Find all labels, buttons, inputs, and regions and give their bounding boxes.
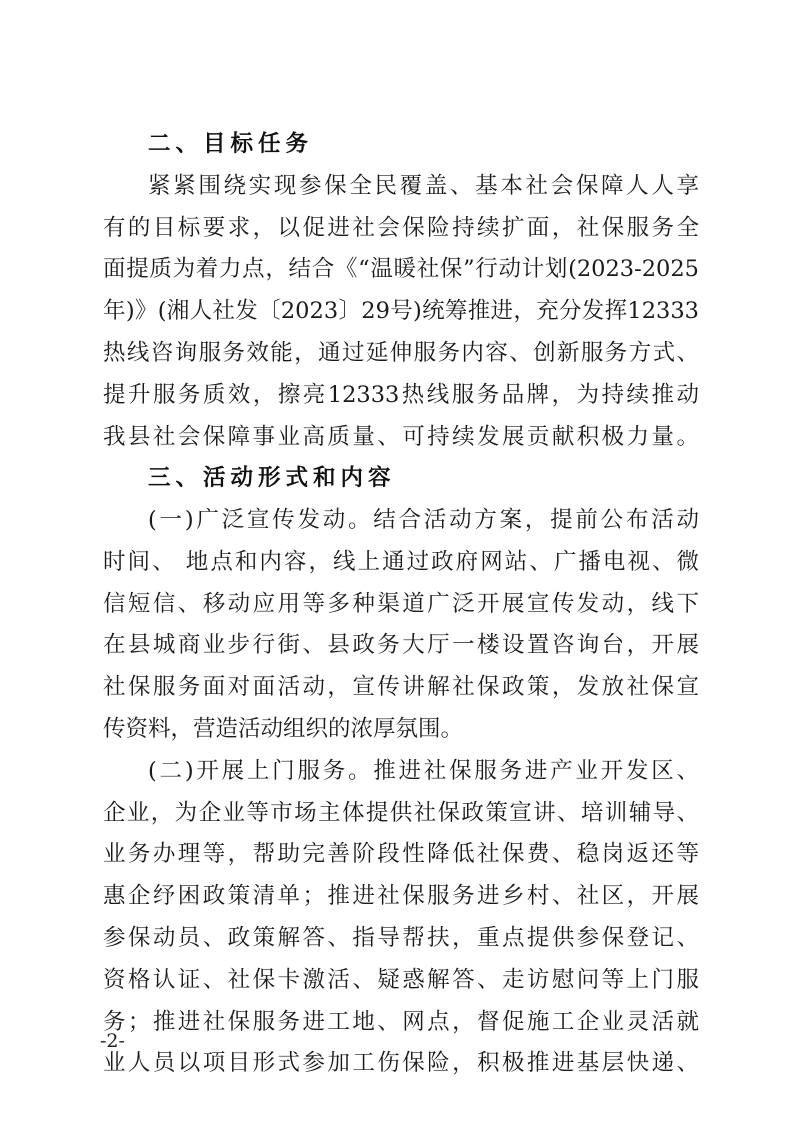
- paragraph-line: 有的目标要求，以促进社会保险持续扩面，社保服务全: [103, 213, 699, 243]
- paragraph-line: 紧紧围绕实现参保全民覆盖、基本社会保障人人享: [148, 171, 699, 201]
- paragraph-line: 我县社会保障事业高质量、可持续发展贡献积极力量。: [103, 422, 699, 452]
- section-heading-activities: 三、活动形式和内容: [148, 463, 396, 493]
- paragraph-line: 在县城商业步行街、县政务大厅一楼设置咨询台，开展: [103, 630, 699, 660]
- section-heading-goals: 二、目标任务: [148, 129, 313, 159]
- paragraph-line: 面提质为着力点，结合《“温暖社保”行动计划(2023-2025: [103, 254, 699, 284]
- paragraph-line: 惠企纾困政策清单；推进社保服务进乡村、社区，开展: [103, 881, 699, 911]
- paragraph-line: 热线咨询服务效能，通过延伸服务内容、创新服务方式、: [103, 338, 699, 368]
- paragraph-line: 提升服务质效，擦亮12333热线服务品牌，为持续推动: [103, 380, 699, 410]
- paragraph-line: 资格认证、社保卡激活、疑惑解答、走访慰问等上门服: [103, 965, 699, 995]
- paragraph-line: 年)》(湘人社发〔2023〕29号)统筹推进，充分发挥12333: [103, 296, 699, 326]
- paragraph-line: 信短信、移动应用等多种渠道广泛开展宣传发动，线下: [103, 589, 699, 619]
- paragraph-line: 时间、 地点和内容，线上通过政府网站、广播电视、微: [103, 547, 699, 577]
- paragraph-line: 传资料，营造活动组织的浓厚氛围。: [103, 714, 699, 744]
- paragraph-line: 企业，为企业等市场主体提供社保政策宣讲、培训辅导、: [103, 798, 699, 828]
- paragraph-line: (二)开展上门服务。推进社保服务进产业开发区、: [148, 756, 699, 786]
- paragraph-line: 社保服务面对面活动，宣传讲解社保政策，发放社保宣: [103, 672, 699, 702]
- paragraph-line: 参保动员、政策解答、指导帮扶，重点提供参保登记、: [103, 923, 699, 953]
- paragraph-line: (一)广泛宣传发动。结合活动方案，提前公布活动: [148, 505, 699, 535]
- paragraph-line: 业务办理等，帮助完善阶段性降低社保费、稳岗返还等: [103, 839, 699, 869]
- paragraph-line: 业人员以项目形式参加工伤保险，积极推进基层快递、: [103, 1048, 699, 1078]
- page-number: -2-: [100, 1030, 125, 1052]
- paragraph-line: 务；推进社保服务进工地、网点，督促施工企业灵活就: [103, 1007, 699, 1037]
- document-page: 二、目标任务 紧紧围绕实现参保全民覆盖、基本社会保障人人享 有的目标要求，以促进…: [0, 0, 793, 1122]
